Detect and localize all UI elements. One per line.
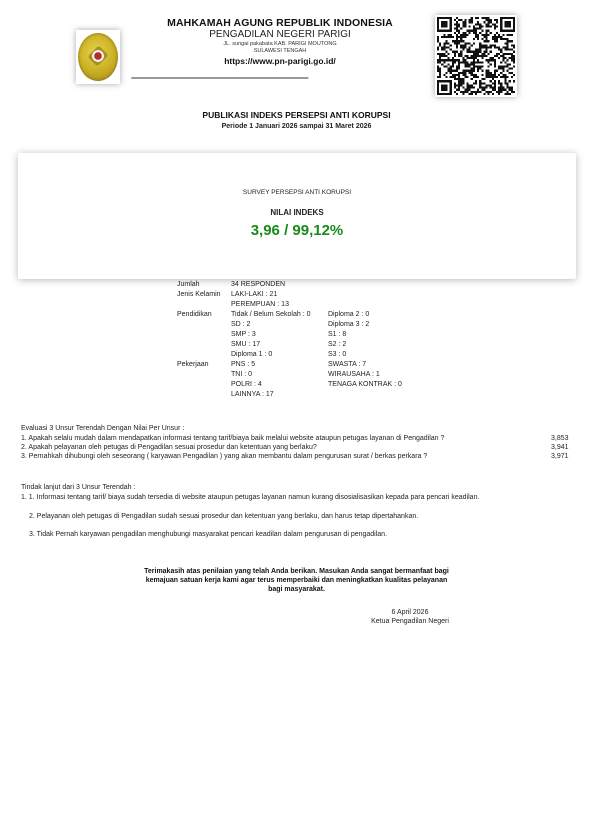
education-item: Diploma 2 : 0: [328, 311, 369, 320]
evaluation-item: 1. Apakah selalu mudah dalam mendapatkan…: [21, 435, 444, 444]
qr-code: [435, 15, 517, 97]
occupation-item: PNS : 5: [231, 361, 255, 370]
occupation-item: POLRI : 4: [231, 381, 262, 390]
education-item: S3 : 0: [328, 351, 346, 360]
occupation-item: SWASTA : 7: [328, 361, 366, 370]
publication-title: PUBLIKASI INDEKS PERSEPSI ANTI KORUPSI: [100, 110, 493, 120]
court-website-link[interactable]: https://www.pn-parigi.go.id/: [130, 56, 430, 66]
follow-up-heading: Tindak lanjut dari 3 Unsur Terendah :: [21, 484, 135, 491]
court-address-line1: JL. sungai pakabata KAB. PARIGI MOUTONG: [130, 41, 430, 47]
evaluation-score: 3,941: [551, 444, 569, 453]
follow-up-item: 1. 1. Informasi tentang tarif/ biaya sud…: [21, 494, 479, 501]
gender-label: Jenis Kelamin: [177, 291, 221, 300]
occupation-item: TENAGA KONTRAK : 0: [328, 381, 402, 390]
signature-date: 6 April 2026: [362, 609, 458, 616]
index-card: SURVEY PERSEPSI ANTI KORUPSI NILAI INDEK…: [18, 153, 576, 279]
court-seal-emblem-icon: [78, 33, 118, 81]
education-item: S1 : 8: [328, 331, 346, 340]
education-item: SD : 2: [231, 321, 250, 330]
signatory-title: Ketua Pengadilan Negeri: [362, 618, 458, 625]
education-label: Pendidikan: [177, 311, 212, 320]
occupation-item: TNI : 0: [231, 371, 252, 380]
occupation-label: Pekerjaan: [177, 361, 209, 370]
total-label: Jumlah: [177, 281, 200, 290]
court-address-line2: SULAWESI TENGAH: [130, 48, 430, 54]
gender-male: LAKI-LAKI : 21: [231, 291, 277, 300]
education-item: Tidak / Belum Sekolah : 0: [231, 311, 311, 320]
evaluation-score: 3,853: [551, 435, 569, 444]
evaluation-score: 3,971: [551, 453, 569, 462]
education-item: Diploma 3 : 2: [328, 321, 369, 330]
index-label: NILAI INDEKS: [18, 208, 576, 217]
occupation-item: LAINNYA : 17: [231, 391, 274, 400]
survey-title: SURVEY PERSEPSI ANTI KORUPSI: [18, 189, 576, 196]
evaluation-heading: Evaluasi 3 Unsur Terendah Dengan Nilai P…: [21, 425, 184, 434]
court-seal-logo: [76, 30, 120, 84]
follow-up-item: 3. Tidak Pernah karyawan pengadilan meng…: [29, 531, 387, 538]
institution-name: MAHKAMAH AGUNG REPUBLIK INDONESIA: [130, 17, 430, 29]
total-value: 34 RESPONDEN: [231, 281, 285, 290]
gender-female: PEREMPUAN : 13: [231, 301, 289, 310]
evaluation-item: 3. Pernahkah dihubungi oleh seseorang ( …: [21, 453, 427, 462]
education-item: Diploma 1 : 0: [231, 351, 272, 360]
court-name: PENGADILAN NEGERI PARIGI: [130, 29, 430, 40]
closing-message: Terimakasih atas penilaian yang telah An…: [140, 567, 453, 594]
education-item: SMP : 3: [231, 331, 256, 340]
qr-code-icon: [437, 17, 515, 95]
follow-up-item: 2. Pelayanan oleh petugas di Pengadilan …: [29, 513, 418, 520]
education-item: SMU : 17: [231, 341, 260, 350]
education-item: S2 : 2: [328, 341, 346, 350]
publication-period: Periode 1 Januari 2026 sampai 31 Maret 2…: [100, 123, 493, 130]
header-divider: ========================================…: [131, 76, 427, 81]
evaluation-item: 2. Apakah pelayanan oleh petugas di Peng…: [21, 444, 317, 453]
occupation-item: WIRAUSAHA : 1: [328, 371, 380, 380]
index-value: 3,96 / 99,12%: [18, 222, 576, 239]
